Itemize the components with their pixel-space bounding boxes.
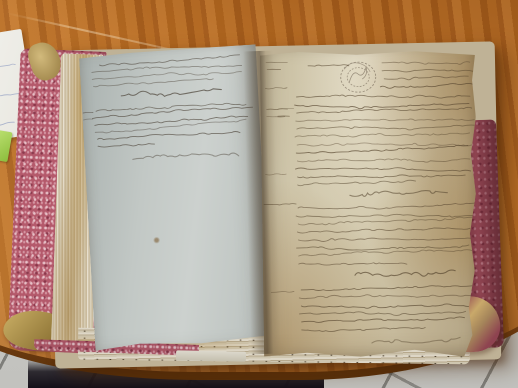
left-page: [79, 44, 272, 350]
right-page-handwriting: [260, 50, 479, 360]
paper-slip: [176, 350, 246, 361]
circular-stamp-icon: [341, 62, 376, 92]
right-page: [260, 50, 479, 360]
left-page-handwriting: [79, 44, 272, 350]
photo-scene: [0, 0, 518, 388]
